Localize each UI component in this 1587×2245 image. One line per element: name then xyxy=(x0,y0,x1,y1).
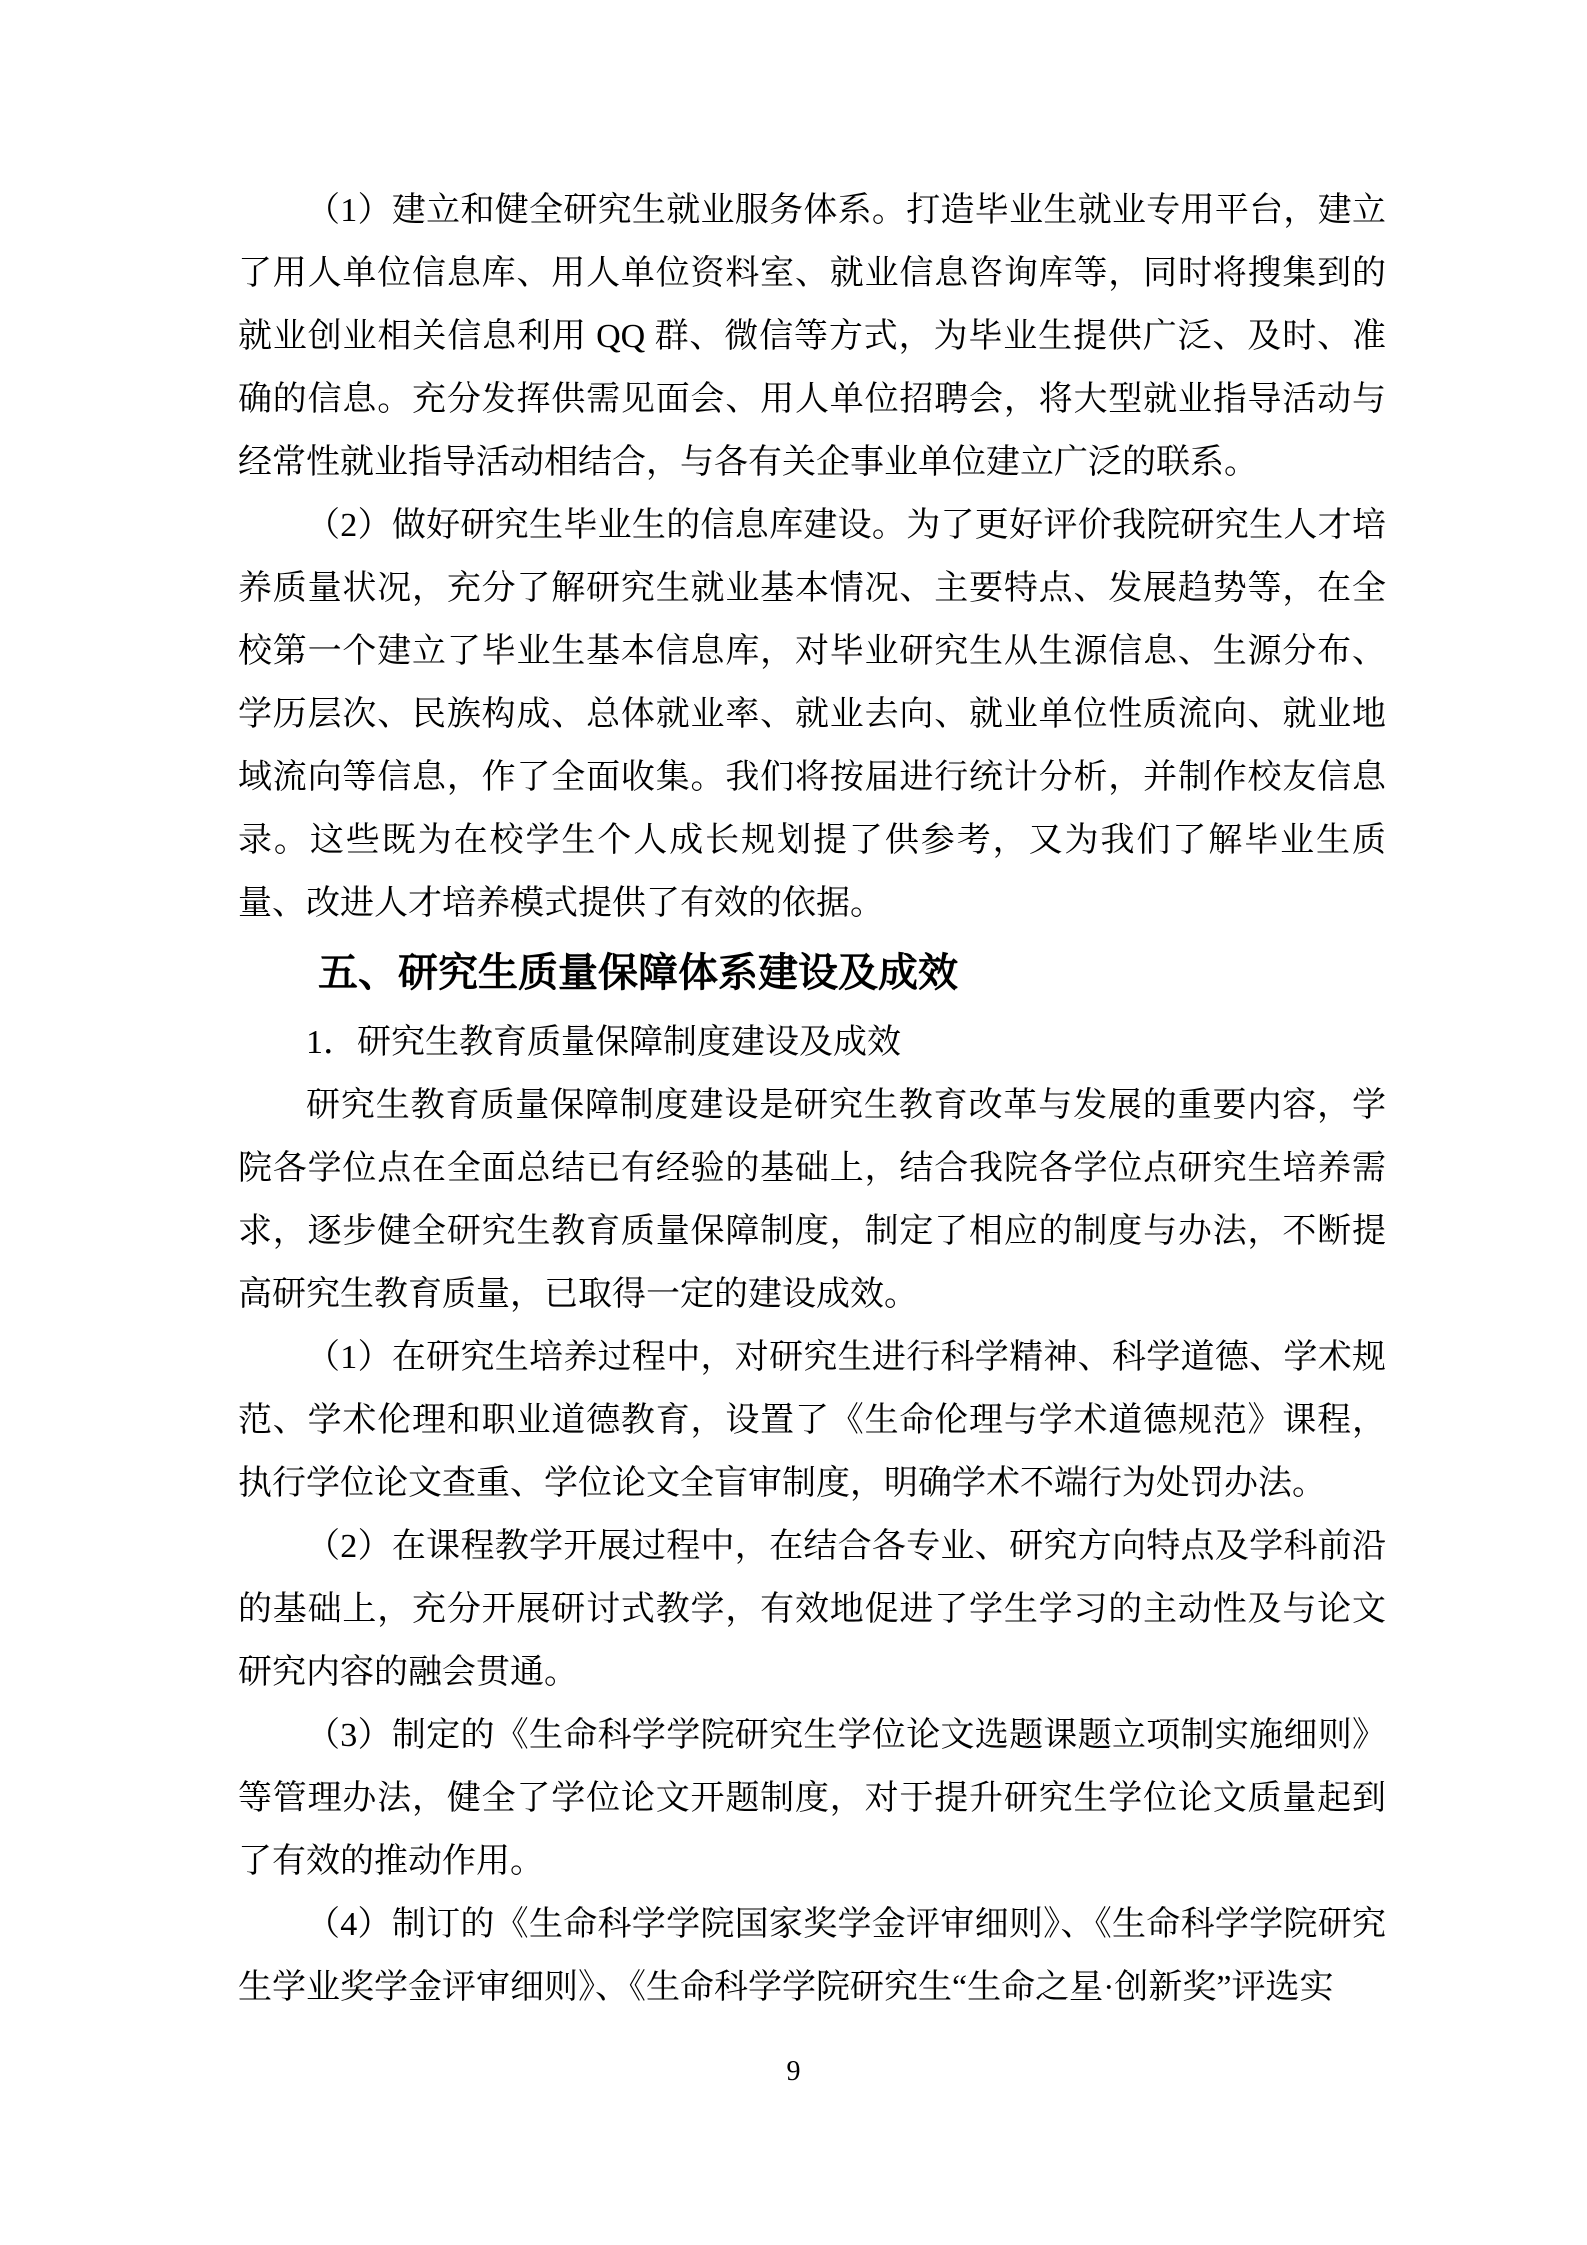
paragraph-item-2-seminar-teaching: （2）在课程教学开展过程中，在结合各专业、研究方向特点及学科前沿的基础上，充分开… xyxy=(238,1515,1386,1704)
page-number: 9 xyxy=(787,2056,801,2087)
page-footer: 9 xyxy=(0,2052,1587,2092)
subsection-heading: 1．研究生教育质量保障制度建设及成效 xyxy=(238,1011,1386,1074)
document-page: （1）建立和健全研究生就业服务体系。打造毕业生就业专用平台，建立了用人单位信息库… xyxy=(0,0,1587,2245)
page-body: （1）建立和健全研究生就业服务体系。打造毕业生就业专用平台，建立了用人单位信息库… xyxy=(238,179,1386,2019)
paragraph-graduate-info-database: （2）做好研究生毕业生的信息库建设。为了更好评价我院研究生人才培养质量状况，充分… xyxy=(238,494,1386,935)
section-heading: 五、研究生质量保障体系建设及成效 xyxy=(238,935,1386,1011)
paragraph-item-1-ethics-education: （1）在研究生培养过程中，对研究生进行科学精神、科学道德、学术规范、学术伦理和职… xyxy=(238,1326,1386,1515)
paragraph-item-4-scholarship-rules: （4）制订的《生命科学学院国家奖学金评审细则》、《生命科学学院研究生学业奖学金评… xyxy=(238,1893,1386,2019)
paragraph-item-3-thesis-proposal-rules: （3）制定的《生命科学学院研究生学位论文选题课题立项制实施细则》等管理办法，健全… xyxy=(238,1704,1386,1893)
paragraph-quality-system-intro: 研究生教育质量保障制度建设是研究生教育改革与发展的重要内容，学院各学位点在全面总… xyxy=(238,1074,1386,1326)
paragraph-employment-service: （1）建立和健全研究生就业服务体系。打造毕业生就业专用平台，建立了用人单位信息库… xyxy=(238,179,1386,494)
